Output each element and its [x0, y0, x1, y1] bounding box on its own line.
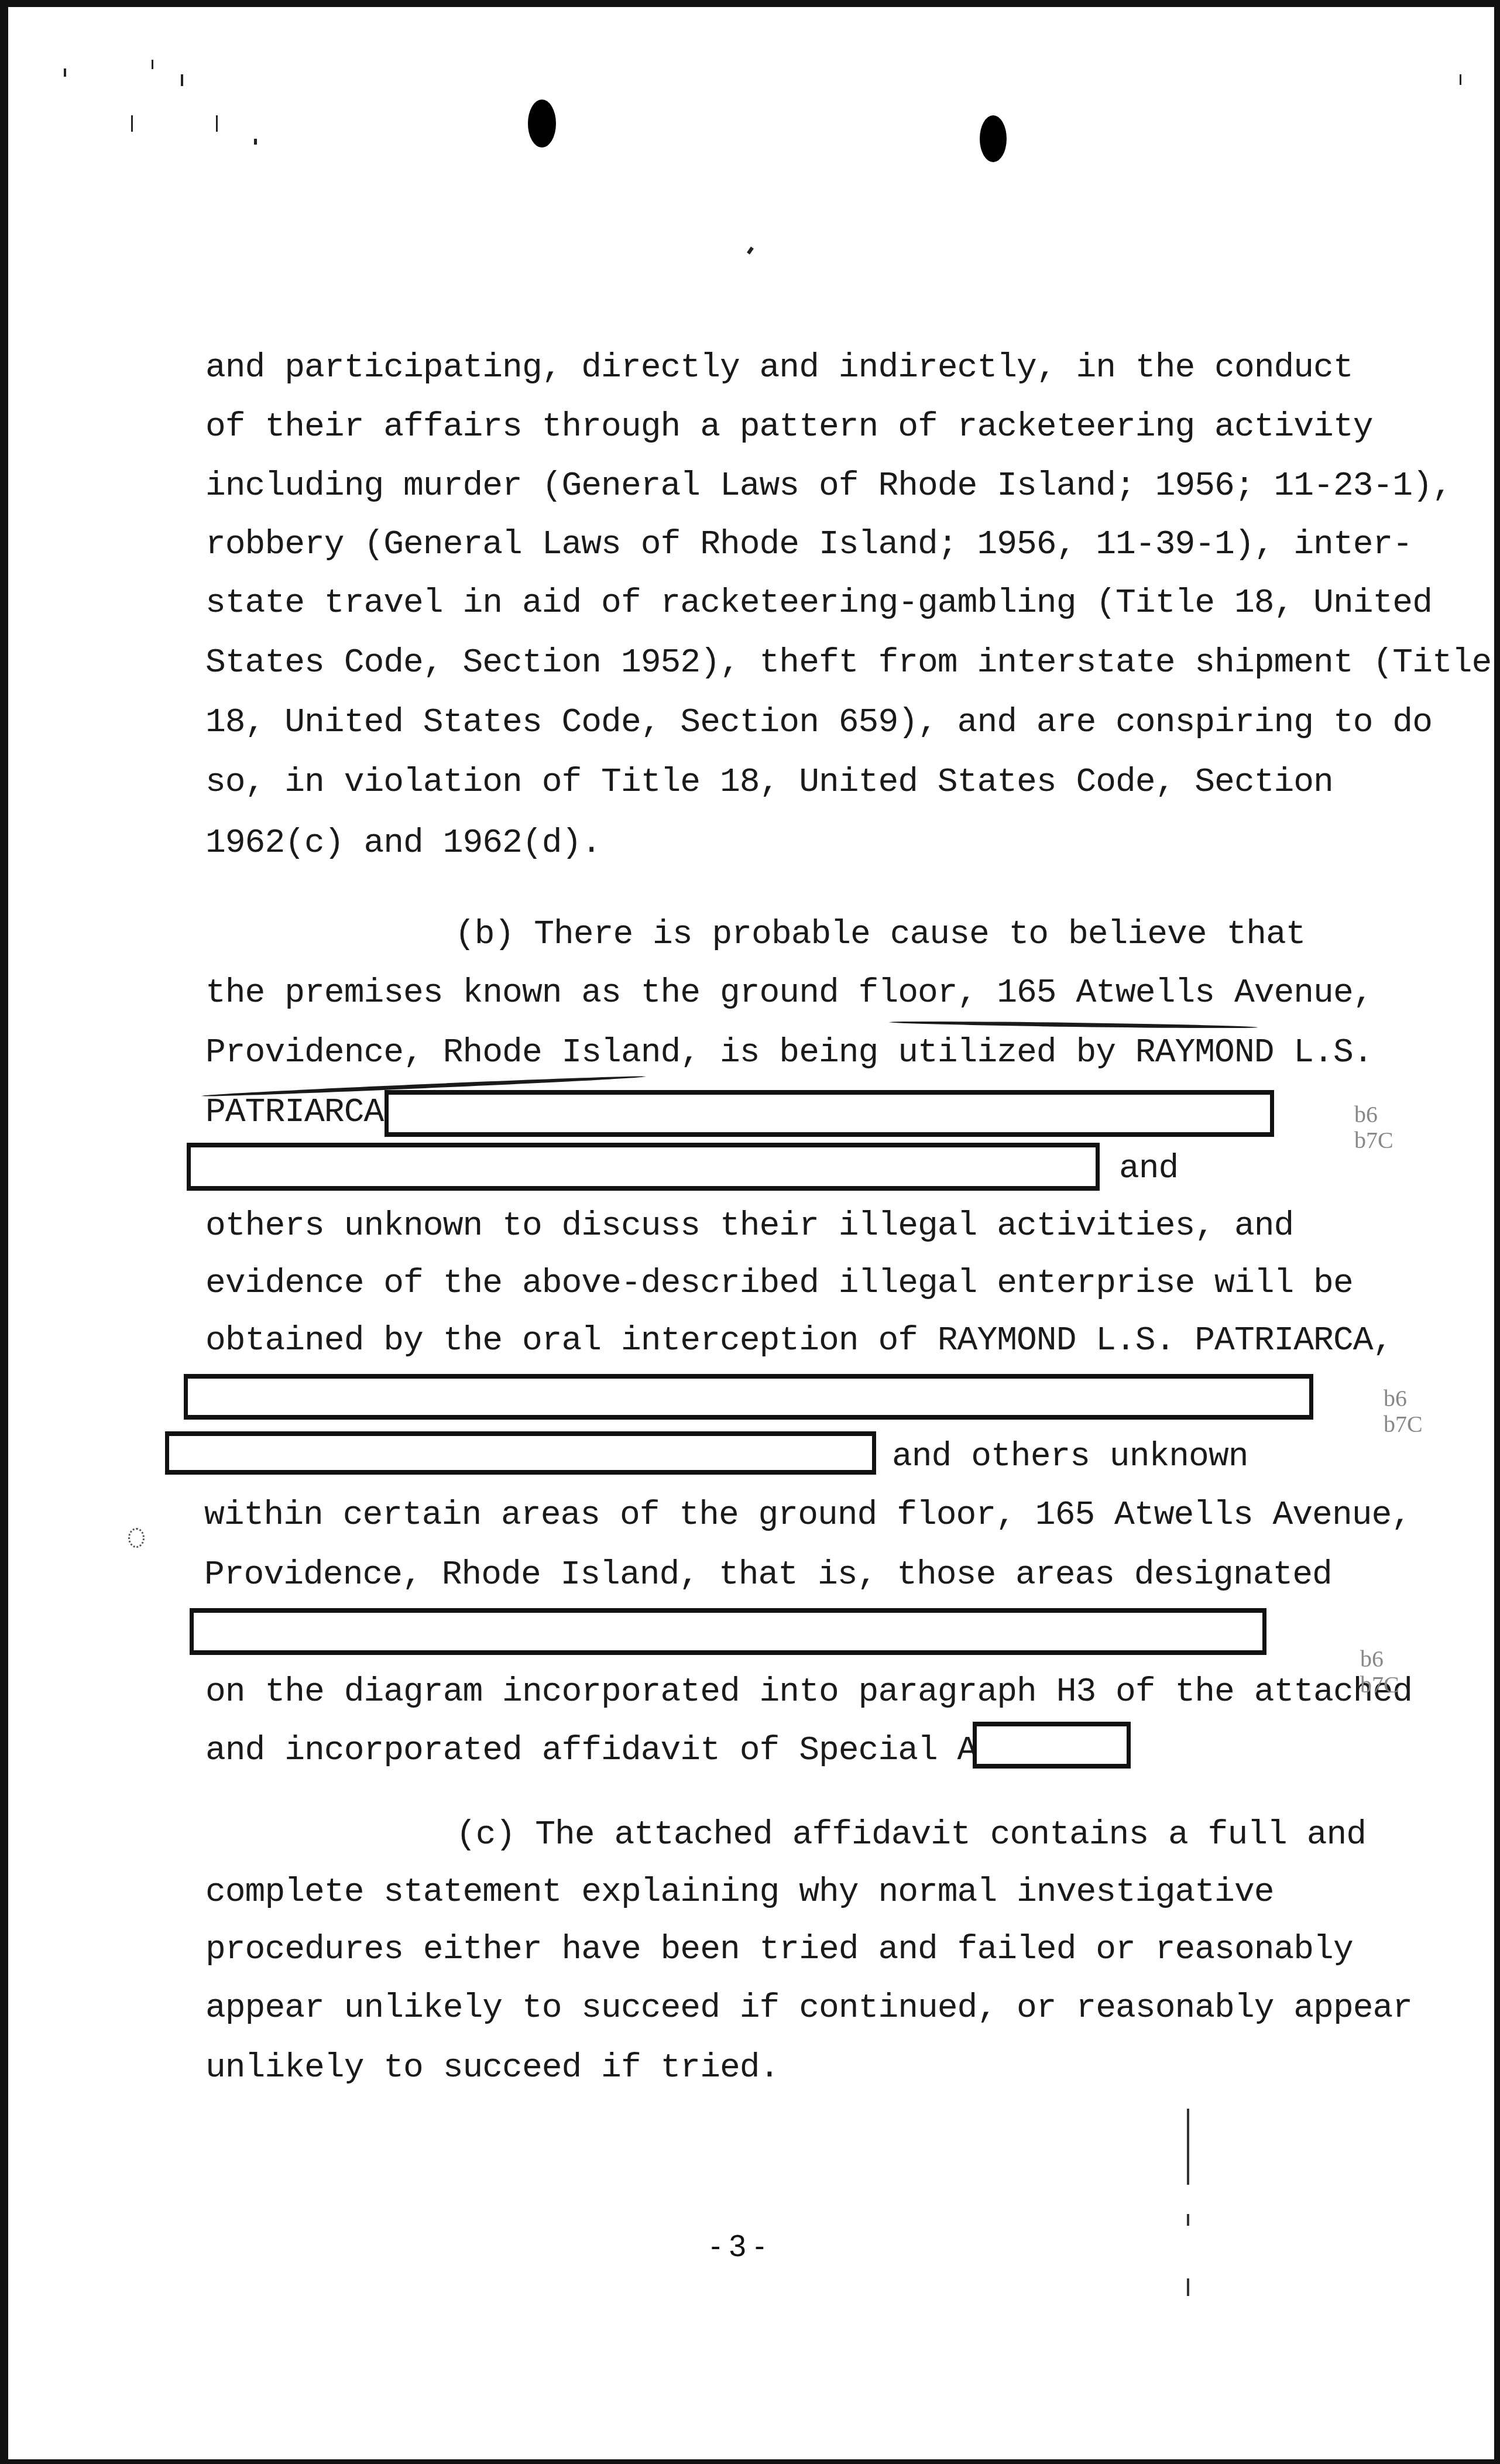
scan-speck: [181, 74, 183, 86]
text-line: Providence, Rhode Island, is being utili…: [205, 1036, 1373, 1070]
punch-hole-left: [528, 100, 556, 148]
scan-speck: [747, 246, 754, 254]
exemption-code: b6: [1360, 1646, 1399, 1672]
scan-line: [1187, 2109, 1189, 2185]
text-line: evidence of the above-described illegal …: [205, 1267, 1353, 1301]
text-line: 1962(c) and 1962(d).: [205, 827, 601, 861]
exemption-label: b6 b7C: [1360, 1646, 1399, 1698]
text-line: of their affairs through a pattern of ra…: [205, 410, 1373, 444]
text-line: including murder (General Laws of Rhode …: [205, 470, 1452, 503]
text-line: States Code, Section 1952), theft from i…: [205, 646, 1491, 680]
redaction-box: [165, 1431, 876, 1475]
scan-speck: [254, 139, 257, 145]
redaction-box: [190, 1608, 1266, 1655]
text-line: and incorporated affidavit of Special Ag…: [205, 1734, 1056, 1768]
paragraph-c-heading-line: (c) The attached affidavit contains a fu…: [456, 1818, 1366, 1852]
text-line: procedures either have been tried and fa…: [205, 1933, 1353, 1967]
exemption-code: b7C: [1384, 1411, 1423, 1437]
exemption-code: b6: [1354, 1102, 1393, 1128]
redaction-box: [973, 1722, 1131, 1769]
text-line: and participating, directly and indirect…: [205, 351, 1353, 385]
scan-speck: [152, 60, 153, 69]
exemption-code: b7C: [1360, 1672, 1399, 1698]
handwritten-underline: [889, 1020, 1258, 1030]
text-line: others unknown to discuss their illegal …: [205, 1209, 1293, 1243]
text-line: robbery (General Laws of Rhode Island; 1…: [205, 528, 1412, 562]
text-line: appear unlikely to succeed if continued,…: [205, 1992, 1412, 2026]
text-line: PATRIARCA,: [205, 1096, 403, 1130]
scan-speck: [131, 115, 133, 132]
text-line: and: [1119, 1152, 1178, 1186]
text-line: 18, United States Code, Section 659), an…: [205, 706, 1432, 740]
redaction-box: [184, 1374, 1313, 1420]
text-line: unlikely to succeed if tried.: [205, 2051, 779, 2085]
exemption-code: b7C: [1354, 1128, 1393, 1153]
exemption-label: b6 b7C: [1384, 1386, 1423, 1437]
text-line: state travel in aid of racketeering-gamb…: [205, 587, 1432, 621]
text-line: so, in violation of Title 18, United Sta…: [205, 766, 1333, 800]
scan-speck: [1460, 74, 1461, 85]
scan-mark-icon: [128, 1528, 145, 1548]
text-line: the premises known as the ground floor, …: [205, 976, 1373, 1010]
text-line: on the diagram incorporated into paragra…: [205, 1675, 1412, 1709]
text-line: obtained by the oral interception of RAY…: [205, 1324, 1392, 1358]
page-number: - 3 -: [710, 2229, 764, 2264]
punch-hole-right: [980, 115, 1007, 162]
scan-speck: [64, 68, 66, 77]
text-line: within certain areas of the ground floor…: [204, 1499, 1411, 1533]
text-line: and others unknown: [892, 1440, 1248, 1474]
exemption-label: b6 b7C: [1354, 1102, 1393, 1153]
document-page: and participating, directly and indirect…: [0, 0, 1500, 2464]
paragraph-b-heading-line: (b) There is probable cause to believe t…: [455, 918, 1306, 952]
exemption-code: b6: [1384, 1386, 1423, 1411]
text-line: Providence, Rhode Island, that is, those…: [204, 1558, 1332, 1592]
text-line: complete statement explaining why normal…: [205, 1876, 1274, 1910]
scan-line: [1187, 2214, 1189, 2226]
redaction-box: [385, 1090, 1274, 1137]
redaction-box: [187, 1143, 1100, 1191]
scan-speck: [216, 115, 218, 132]
scan-line: [1187, 2278, 1189, 2296]
